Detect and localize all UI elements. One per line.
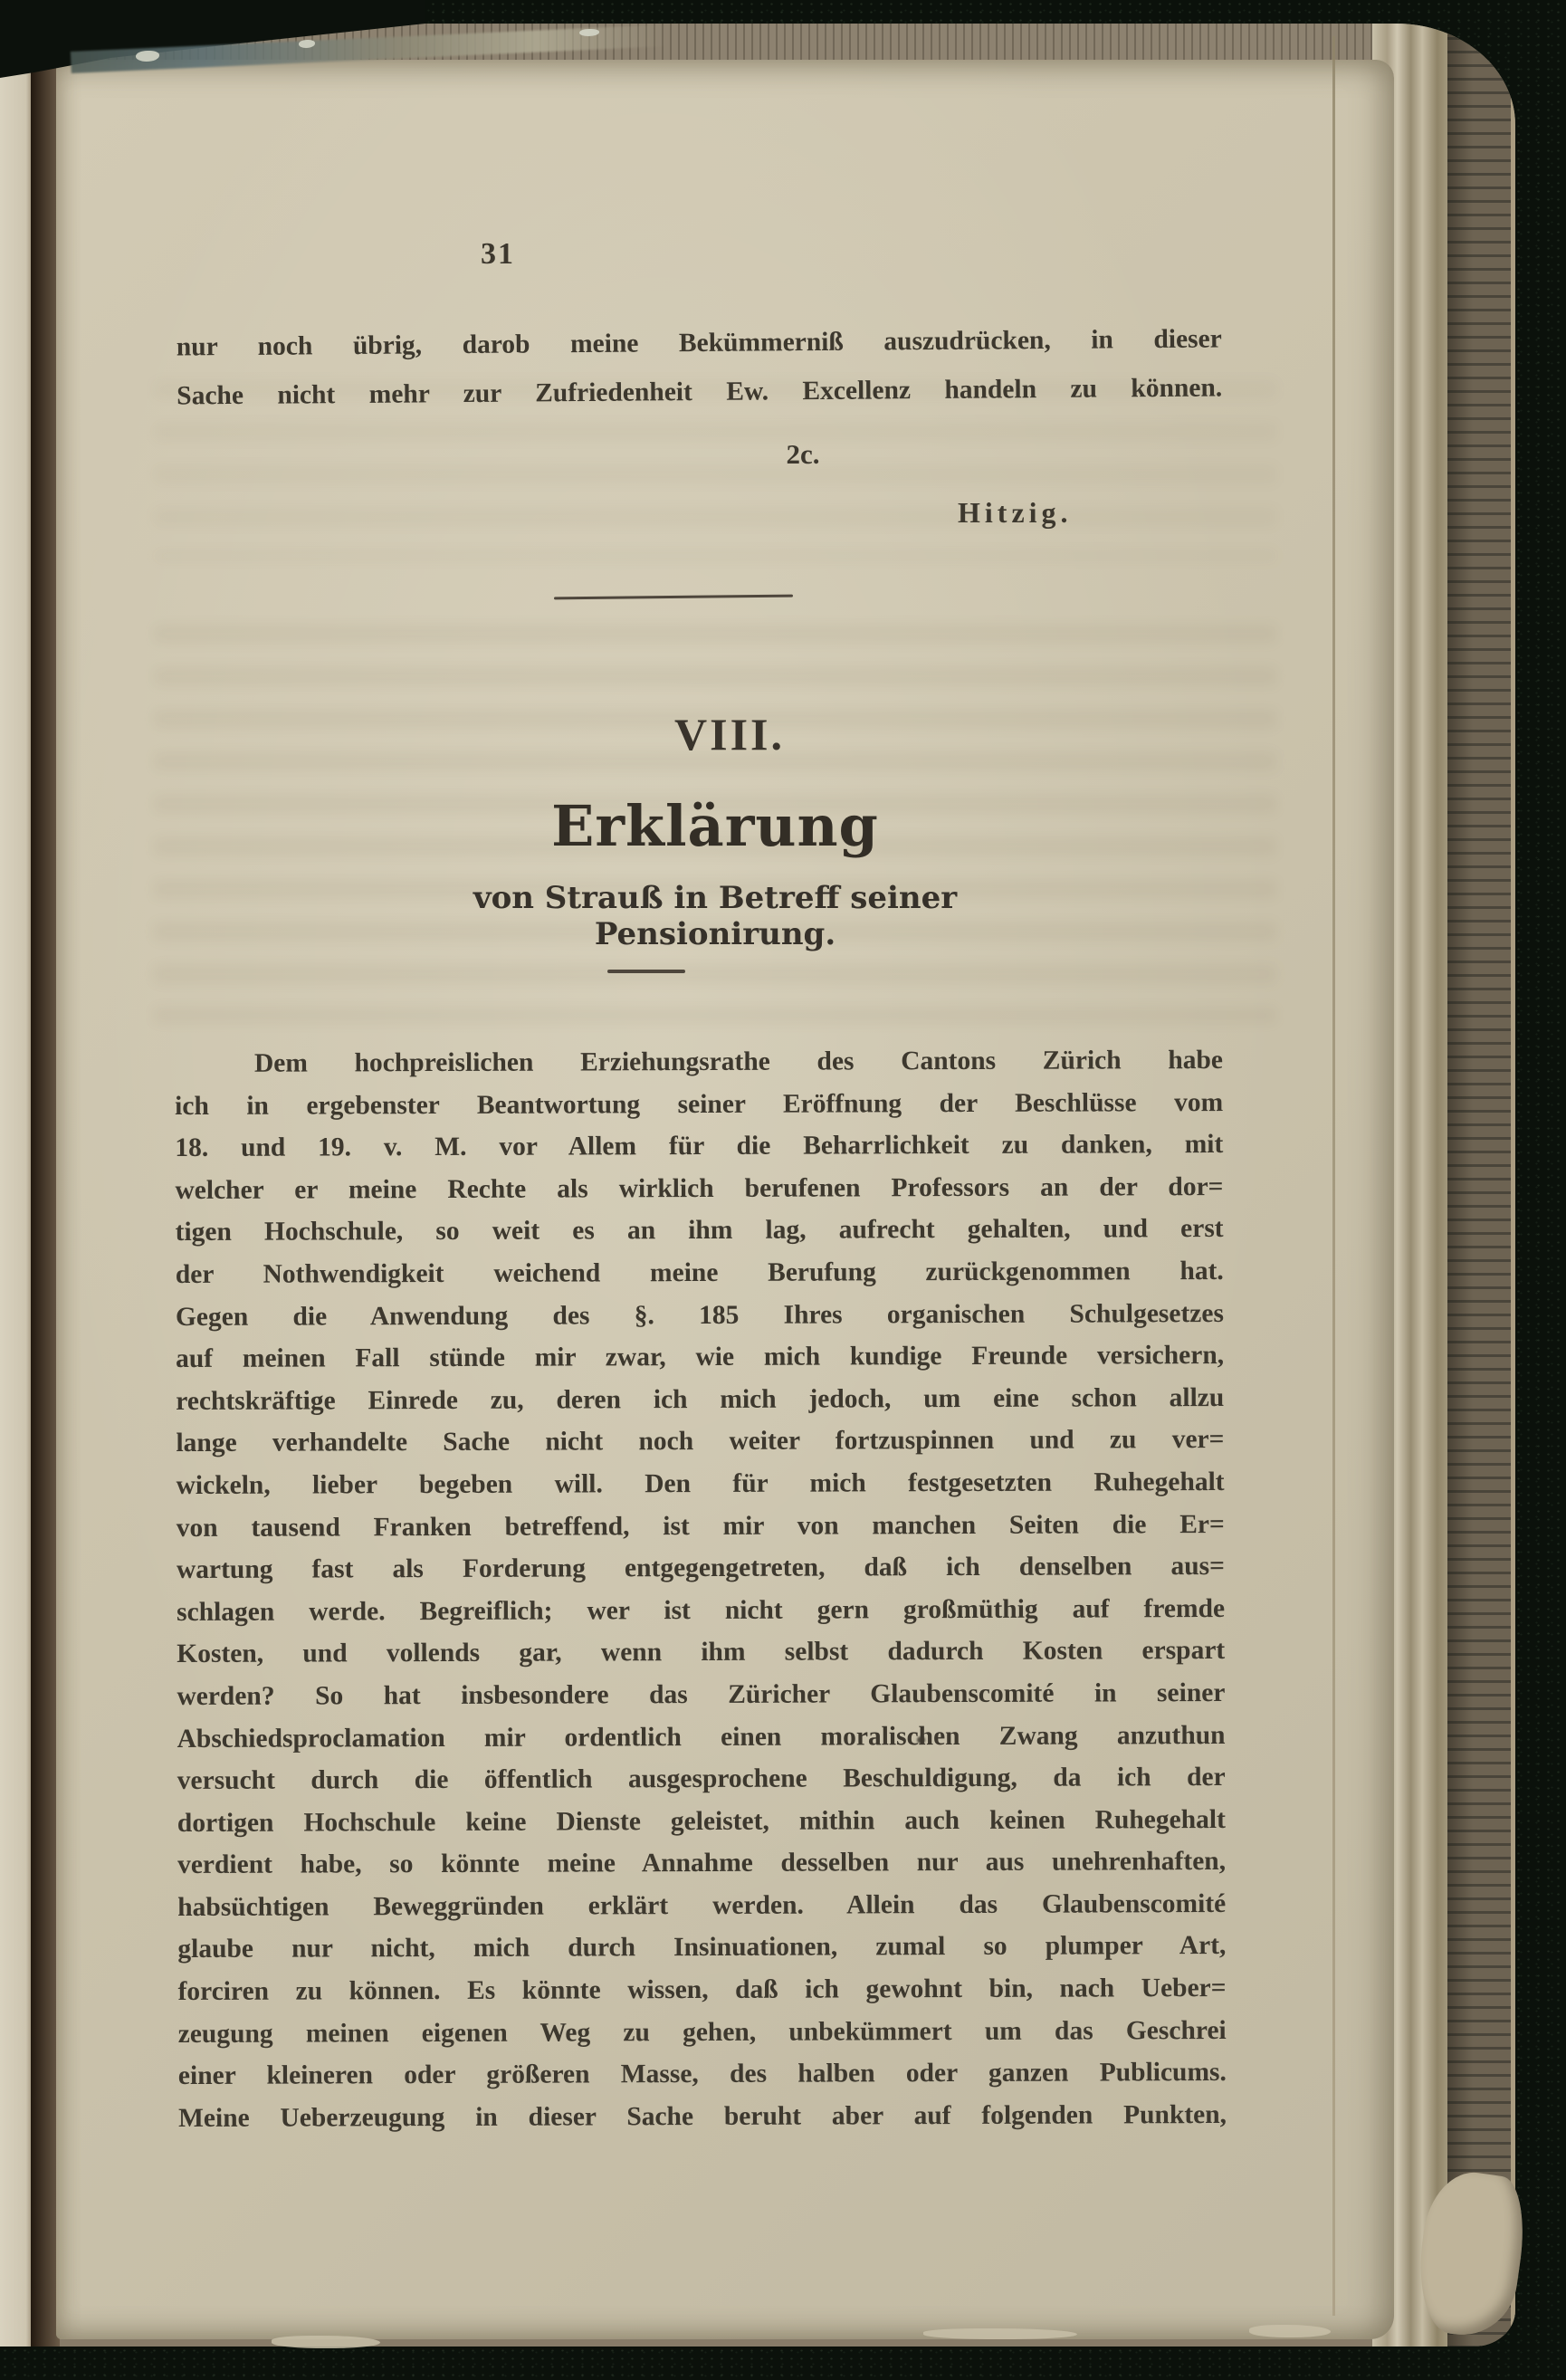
text-line: Sache nicht mehr zur Zufriedenheit Ew. E… — [177, 363, 1222, 420]
body-text: Dem hochpreislichen Erziehungsrathe des … — [175, 1039, 1227, 2139]
body-text-line: dortigen Hochschule keine Dienste geleis… — [177, 1799, 1226, 1845]
page-number: 31 — [457, 237, 539, 272]
body-text-line: wartung fast als Forderung entgegengetre… — [177, 1545, 1225, 1591]
body-text-line: ich in ergebenster Beantwortung seiner E… — [175, 1082, 1223, 1128]
section-subtitle: von Strauß in Betreff seiner Pensionirun… — [353, 880, 1077, 952]
body-text-line: Abschiedsproclamation mir ordentlich ein… — [177, 1714, 1225, 1760]
divider-rule-section — [607, 970, 685, 973]
body-text-line: auf meinen Fall stünde mir zwar, wie mic… — [176, 1334, 1224, 1381]
body-text-line: wickeln, lieber begeben will. Den für mi… — [177, 1461, 1225, 1507]
body-text-line: schlagen werde. Begreiflich; wer ist nic… — [177, 1588, 1225, 1634]
section-numeral: VIII. — [594, 708, 865, 760]
page-fore-edges-dark — [1447, 24, 1515, 2347]
body-text-line: lange verhandelte Sache nicht noch weite… — [176, 1419, 1224, 1465]
body-text-line: Kosten, und vollends gar, wenn ihm selbs… — [177, 1630, 1225, 1676]
section-title: Erklärung — [353, 793, 1077, 859]
body-text-line: glaube nur nicht, mich durch Insinuation… — [177, 1925, 1226, 1971]
body-text-line: Meine Ueberzeugung in dieser Sache beruh… — [178, 2094, 1227, 2140]
closing-paragraph: nur noch übrig, darob meine Bekümmerniß … — [177, 314, 1223, 420]
scanned-book-photo: 31 nur noch übrig, darob meine Bekümmern… — [0, 0, 1566, 2380]
signature: Hitzig. — [958, 496, 1112, 530]
etc-abbreviation: 2c. — [753, 438, 853, 471]
body-text-line: Dem hochpreislichen Erziehungsrathe des … — [175, 1039, 1223, 1085]
body-text-line: rechtskräftige Einrede zu, deren ich mic… — [176, 1377, 1224, 1423]
body-text-line: der Nothwendigkeit weichend meine Berufu… — [176, 1250, 1224, 1296]
body-text-line: versucht durch die öffentlich ausgesproc… — [177, 1756, 1226, 1802]
paper-damage-fleck — [923, 2328, 1077, 2339]
body-text-line: forciren zu können. Es könnte wissen, da… — [177, 1967, 1226, 2013]
paper-damage-fleck — [1249, 2325, 1331, 2337]
body-text-line: tigen Hochschule, so weit es an ihm lag,… — [176, 1208, 1224, 1254]
body-text-line: 18. und 19. v. M. vor Allem für die Beha… — [175, 1123, 1223, 1170]
body-text-line: einer kleineren oder größeren Masse, des… — [178, 2051, 1227, 2098]
body-text-line: Gegen die Anwendung des §. 185 Ihres org… — [176, 1293, 1224, 1339]
facing-page-strip — [0, 49, 33, 2347]
body-text-line: werden? So hat insbesondere das Züricher… — [177, 1672, 1225, 1718]
body-text-line: habsüchtigen Beweggründen erklärt werden… — [177, 1883, 1226, 1929]
body-text-line: verdient habe, so könnte meine Annahme d… — [177, 1840, 1226, 1887]
text-line: nur noch übrig, darob meine Bekümmerniß … — [177, 314, 1222, 371]
body-text-line: welcher er meine Rechte als wirklich ber… — [175, 1166, 1223, 1212]
page-edge-crease — [1332, 36, 1335, 2316]
body-text-line: zeugung meinen eigenen Weg zu gehen, unb… — [178, 2010, 1227, 2056]
paper-damage-fleck — [272, 2336, 380, 2348]
body-text-line: von tausend Franken betreffend, ist mir … — [177, 1504, 1225, 1550]
